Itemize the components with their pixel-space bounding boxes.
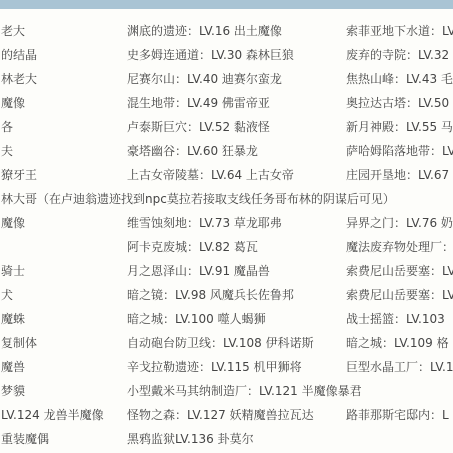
boss-name-fragment: 梦貘 [1, 379, 25, 403]
table-row: 魔兽 辛戈拉勒遗迹：LV.115 机甲狮将 巨型水晶工厂：LV.1 [0, 355, 453, 379]
table-row: 魔像 混生地带：LV.49 佛雷帝亚 奥拉达古塔：LV.50 [0, 91, 453, 115]
table-row: 梦貘 小型戴米马其纳制造厂：LV.121 半魔像暴君 [0, 379, 453, 403]
boss-name-fragment: 的结晶 [1, 43, 37, 67]
table-row: 林大哥（在卢迪翁遗迹找到npc莫拉若接取支线任务哥布林的阴谋后可见） [0, 187, 453, 211]
table-row: LV.124 龙兽半魔像 怪物之森：LV.127 妖精魔兽拉瓦达 路菲那斯宅邸内… [0, 403, 453, 427]
boss-name-fragment: 林老大 [1, 67, 37, 91]
location-entry: 巨型水晶工厂：LV.1 [346, 355, 453, 379]
table-row: 夫 豪塔幽谷：LV.60 狂暴龙 萨哈姆陷落地带：LV [0, 139, 453, 163]
location-entry: 辛戈拉勒遗迹：LV.115 机甲狮将 [127, 355, 302, 379]
location-entry: 渊底的遗迹：LV.16 出土魔像 [127, 19, 282, 43]
boss-name-fragment: 重装魔偶 [1, 427, 49, 451]
location-entry: 异界之门：LV.76 奶 [346, 211, 453, 235]
location-entry: 庄园开垦地：LV.67 [346, 163, 449, 187]
location-entry: 卢泰斯巨穴：LV.52 黏液怪 [127, 115, 270, 139]
table-row: 犬 暗之镜：LV.98 风魔兵长佐鲁邦 索费尼山岳要塞：LV [0, 283, 453, 307]
table-row: 魔蛛 暗之城：LV.100 噬人蝎狮 战士摇篮：LV.103 [0, 307, 453, 331]
boss-name-fragment: 老大 [1, 19, 25, 43]
location-entry: 萨哈姆陷落地带：LV [346, 139, 453, 163]
table-row: 重装魔偶 黑鸦监狱LV.136 卦莫尔 [0, 427, 453, 451]
boss-name-fragment: 魔蛛 [1, 307, 25, 331]
location-entry: 上古女帝陵墓：LV.64 上古女帝 [127, 163, 294, 187]
location-entry: 索费尼山岳要塞：LV [346, 259, 453, 283]
location-entry: 焦热山峰：LV.43 毛 [346, 67, 453, 91]
location-entry: 索菲亚地下水道：LV. [346, 19, 453, 43]
boss-name-fragment: 魔像 [1, 211, 25, 235]
location-entry: 小型戴米马其纳制造厂：LV.121 半魔像暴君 [127, 379, 362, 403]
boss-name-fragment: 犬 [1, 283, 13, 307]
boss-name-fragment: LV.124 龙兽半魔像 [1, 403, 104, 427]
location-entry: 索费尼山岳要塞：LV [346, 283, 453, 307]
top-bar [0, 0, 453, 9]
location-entry: 尼赛尔山：LV.40 迪赛尔蛮龙 [127, 67, 282, 91]
location-entry: 豪塔幽谷：LV.60 狂暴龙 [127, 139, 258, 163]
npc-note: 林大哥（在卢迪翁遗迹找到npc莫拉若接取支线任务哥布林的阴谋后可见） [1, 187, 395, 211]
location-entry: 奥拉达古塔：LV.50 [346, 91, 449, 115]
boss-name-fragment: 獠牙王 [1, 163, 37, 187]
boss-location-table: 老大 渊底的遗迹：LV.16 出土魔像 索菲亚地下水道：LV. 的结晶 史多姆连… [0, 19, 453, 451]
location-entry: 史多姆连通道：LV.30 森林巨狼 [127, 43, 294, 67]
boss-name-fragment: 魔像 [1, 91, 25, 115]
table-row: 复制体 自动砲台防卫线：LV.108 伊科诺斯 暗之城：LV.109 格 [0, 331, 453, 355]
location-entry: 暗之镜：LV.98 风魔兵长佐鲁邦 [127, 283, 294, 307]
table-row: 老大 渊底的遗迹：LV.16 出土魔像 索菲亚地下水道：LV. [0, 19, 453, 43]
table-row: 阿卡克废城：LV.82 葛瓦 魔法废弃物处理厂： [0, 235, 453, 259]
table-row: 獠牙王 上古女帝陵墓：LV.64 上古女帝 庄园开垦地：LV.67 [0, 163, 453, 187]
boss-name-fragment: 复制体 [1, 331, 37, 355]
boss-name-fragment: 夫 [1, 139, 13, 163]
table-row: 魔像 维雪蚀刻地：LV.73 草龙耶弗 异界之门：LV.76 奶 [0, 211, 453, 235]
location-entry: 维雪蚀刻地：LV.73 草龙耶弗 [127, 211, 282, 235]
location-entry: 路菲那斯宅邸内：L [346, 403, 449, 427]
table-row: 骑士 月之恩泽山：LV.91 魔晶兽 索费尼山岳要塞：LV [0, 259, 453, 283]
table-row: 的结晶 史多姆连通道：LV.30 森林巨狼 废弃的寺院：LV.32 [0, 43, 453, 67]
location-entry: 月之恩泽山：LV.91 魔晶兽 [127, 259, 270, 283]
location-entry: 暗之城：LV.109 格 [346, 331, 449, 355]
location-entry: 废弃的寺院：LV.32 [346, 43, 449, 67]
table-row: 林老大 尼赛尔山：LV.40 迪赛尔蛮龙 焦热山峰：LV.43 毛 [0, 67, 453, 91]
location-entry: 黑鸦监狱LV.136 卦莫尔 [127, 427, 254, 451]
location-entry: 新月神殿：LV.55 马 [346, 115, 453, 139]
location-entry: 阿卡克废城：LV.82 葛瓦 [127, 235, 258, 259]
boss-name-fragment: 魔兽 [1, 355, 25, 379]
table-row: 各 卢泰斯巨穴：LV.52 黏液怪 新月神殿：LV.55 马 [0, 115, 453, 139]
boss-name-fragment: 各 [1, 115, 13, 139]
boss-name-fragment: 骑士 [1, 259, 25, 283]
location-entry: 暗之城：LV.100 噬人蝎狮 [127, 307, 266, 331]
location-entry: 混生地带：LV.49 佛雷帝亚 [127, 91, 270, 115]
location-entry: 怪物之森：LV.127 妖精魔兽拉瓦达 [127, 403, 314, 427]
location-entry: 魔法废弃物处理厂： [346, 235, 453, 259]
location-entry: 自动砲台防卫线：LV.108 伊科诺斯 [127, 331, 314, 355]
location-entry: 战士摇篮：LV.103 [346, 307, 445, 331]
